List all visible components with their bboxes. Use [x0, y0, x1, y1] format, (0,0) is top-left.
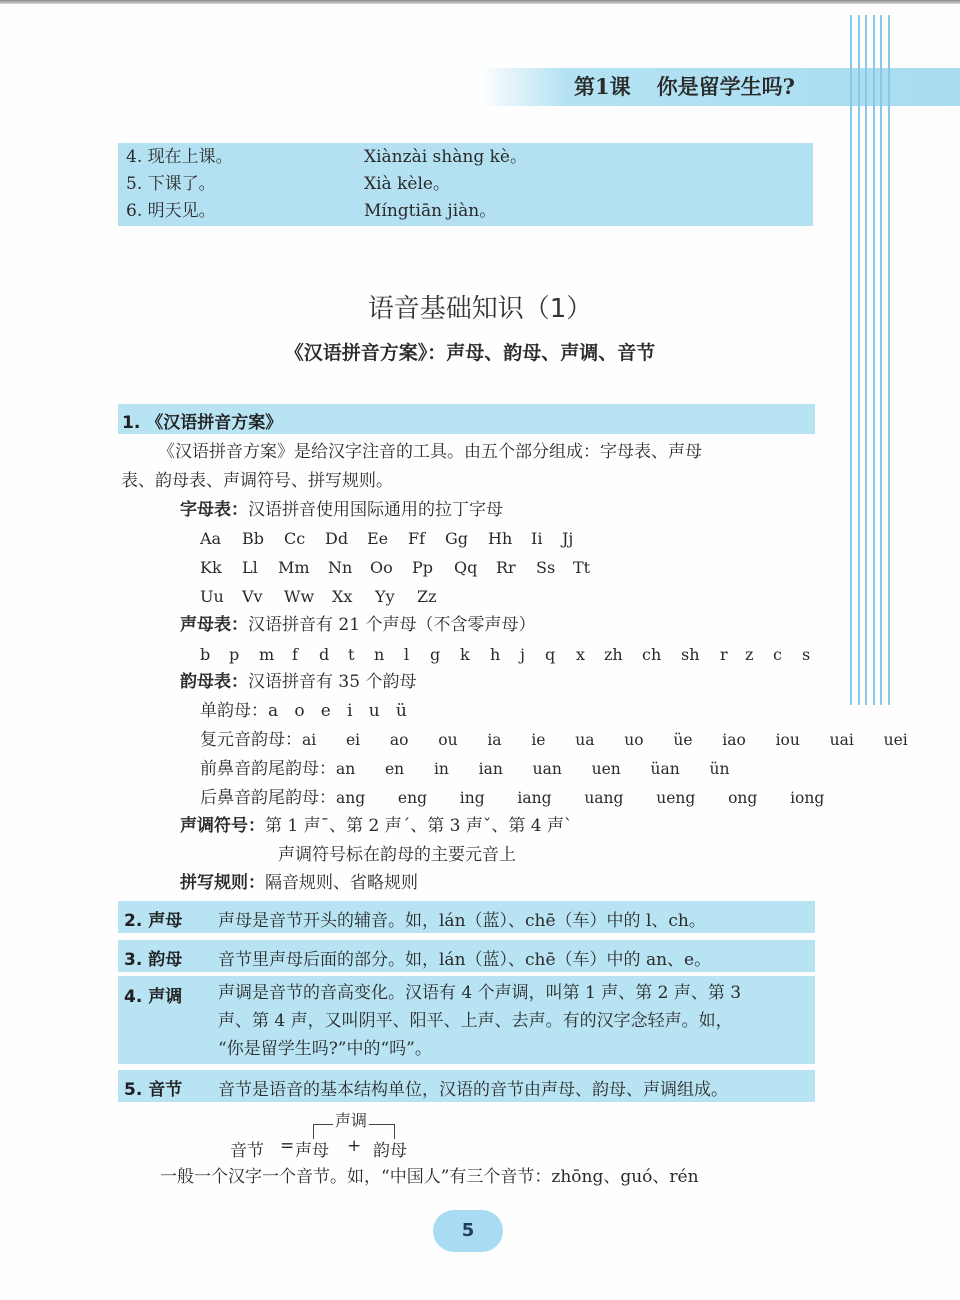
initial: c: [773, 645, 782, 664]
letter: Nn: [328, 558, 352, 577]
initial: n: [374, 645, 384, 664]
letter: Oo: [370, 558, 393, 577]
finals-group-name: 前鼻音韵尾韵母：: [200, 759, 336, 779]
letter: Jj: [562, 529, 573, 548]
initials-list: b p m f d t n l g k h j q x zh ch sh r z…: [200, 645, 820, 667]
initial: s: [802, 645, 810, 664]
phrase-chinese: 6. 明天见。: [126, 198, 216, 225]
initial: sh: [681, 645, 700, 664]
phrase-pinyin: Xià kèle。: [364, 171, 450, 198]
initials-line: 声母表：汉语拼音有 21 个声母（不含零声母）: [180, 611, 535, 639]
finals-group-name: 后鼻音韵尾韵母：: [200, 788, 336, 808]
section-4-bar: 4. 声调 声调是音节的音高变化。汉语有 4 个声调，叫第 1 声、第 2 声、…: [118, 976, 815, 1064]
letter: Hh: [488, 529, 512, 548]
alphabet-text: 汉语拼音使用国际通用的拉丁字母: [248, 500, 503, 520]
initial: g: [430, 645, 440, 664]
letter: Rr: [496, 558, 516, 577]
initial: b: [200, 645, 210, 664]
initial: r: [720, 645, 728, 664]
letter: Kk: [200, 558, 222, 577]
letter: Qq: [454, 558, 477, 577]
letter: Gg: [445, 529, 468, 548]
initial: m: [259, 645, 274, 664]
finals-back-nasal: 后鼻音韵尾韵母：ang eng ing iang uang ueng ong i…: [200, 784, 824, 812]
lesson-number: 第1课: [574, 74, 631, 99]
initial: d: [319, 645, 329, 664]
finals-group-name: 单韵母：: [200, 701, 268, 721]
initial: z: [745, 645, 753, 664]
initial: p: [229, 645, 239, 664]
finals-front-nasal: 前鼻音韵尾韵母：an en in ian uan uen üan ün: [200, 755, 729, 783]
formula-final: 韵母: [373, 1136, 407, 1161]
phrase-chinese: 4. 现在上课。: [126, 144, 233, 171]
initial: t: [348, 645, 354, 664]
formula-equals: =: [280, 1136, 294, 1156]
initials-label: 声母表：: [180, 615, 248, 635]
letter: Aa: [200, 529, 221, 548]
page-top-edge: [0, 0, 960, 4]
letter: Ff: [408, 529, 425, 548]
section-1-intro-cont: 表、韵母表、声调符号、拼写规则。: [121, 467, 393, 495]
section-4-heading: 4. 声调: [124, 982, 182, 1007]
initial: l: [404, 645, 409, 664]
formula-plus: +: [347, 1136, 361, 1156]
letter: Cc: [284, 529, 305, 548]
initial: ch: [642, 645, 661, 664]
alphabet-label: 字母表：: [180, 500, 248, 520]
letter: Vv: [242, 587, 263, 606]
alphabet-line: 字母表：汉语拼音使用国际通用的拉丁字母: [180, 496, 503, 524]
tones-label: 声调符号：: [180, 816, 265, 836]
phrase-pinyin: Xiànzài shàng kè。: [364, 144, 527, 171]
section-4-line-2: 声、第 4 声，又叫阴平、阳平、上声、去声。有的汉字念轻声。如，: [218, 1007, 733, 1035]
section-5-text: 音节是语音的基本结构单位，汉语的音节由声母、韵母、声调组成。: [218, 1075, 728, 1100]
finals-group-name: 复元音韵母：: [200, 730, 302, 750]
letter: Zz: [417, 587, 437, 606]
section-3-text: 音节里声母后面的部分。如，lán（蓝）、chē（车）中的 an、e。: [218, 945, 711, 970]
initial: k: [460, 645, 470, 664]
section-1-header-bar: 1. 《汉语拼音方案》: [118, 404, 815, 434]
letter: Yy: [375, 587, 395, 606]
tones-line: 声调符号：第 1 声ˉ、第 2 声ˊ、第 3 声ˇ、第 4 声ˋ: [180, 812, 573, 840]
letter: Ss: [536, 558, 555, 577]
finals-text: 汉语拼音有 35 个韵母: [248, 672, 416, 692]
phrase-box: 4. 现在上课。 Xiànzài shàng kè。 5. 下课了。 Xià k…: [118, 143, 813, 226]
letter: Mm: [278, 558, 310, 577]
tones-note: 声调符号标在韵母的主要元音上: [278, 841, 516, 869]
letter: Pp: [412, 558, 433, 577]
alphabet-row-1: Aa Bb Cc Dd Ee Ff Gg Hh Ii Jj: [200, 529, 800, 551]
section-2-bar: 2. 声母 声母是音节开头的辅音。如，lán（蓝）、chē（车）中的 l、ch。: [118, 901, 815, 933]
finals-group-items: ang eng ing iang uang ueng ong iong: [336, 789, 824, 807]
letter: Dd: [325, 529, 348, 548]
letter: Ll: [242, 558, 258, 577]
finals-group-items: a o e i u ü: [268, 701, 407, 721]
letter: Uu: [200, 587, 224, 606]
section-3-heading: 3. 韵母: [124, 945, 182, 970]
phrase-pinyin: Míngtiān jiàn。: [364, 198, 496, 225]
initial: f: [292, 645, 298, 664]
initial: j: [520, 645, 525, 664]
alphabet-row-3: Uu Vv Ww Xx Yy Zz: [200, 587, 800, 609]
letter: Ee: [367, 529, 388, 548]
spelling-line: 拼写规则：隔音规则、省略规则: [180, 869, 418, 897]
section-1-intro: 《汉语拼音方案》是给汉字注音的工具。由五个部分组成：字母表、声母: [158, 438, 702, 466]
letter: Ii: [531, 529, 542, 548]
initial: h: [490, 645, 500, 664]
letter: Xx: [332, 587, 352, 606]
finals-simple: 单韵母：a o e i u ü: [200, 697, 407, 725]
syllable-example: 一般一个汉字一个音节。如，“中国人”有三个音节：zhōng、guó、rén: [160, 1163, 699, 1191]
initial: zh: [604, 645, 623, 664]
phrase-chinese: 5. 下课了。: [126, 171, 216, 198]
section-5-bar: 5. 音节 音节是语音的基本结构单位，汉语的音节由声母、韵母、声调组成。: [118, 1070, 815, 1102]
letter: Bb: [242, 529, 264, 548]
finals-line: 韵母表：汉语拼音有 35 个韵母: [180, 668, 416, 696]
letter: Ww: [284, 587, 314, 606]
letter: Tt: [573, 558, 590, 577]
formula-tone-label: 声调: [333, 1108, 369, 1131]
finals-compound: 复元音韵母：ai ei ao ou ia ie ua uo üe iao iou…: [200, 726, 908, 754]
section-2-text: 声母是音节开头的辅音。如，lán（蓝）、chē（车）中的 l、ch。: [218, 906, 706, 931]
main-title: 语音基础知识（1）: [0, 288, 960, 325]
formula-syllable: 音节: [230, 1136, 264, 1161]
lesson-header: 第1课你是留学生吗?: [574, 70, 795, 104]
section-1-heading: 1. 《汉语拼音方案》: [122, 408, 282, 433]
section-4-line-1: 声调是音节的音高变化。汉语有 4 个声调，叫第 1 声、第 2 声、第 3: [218, 979, 741, 1007]
section-3-bar: 3. 韵母 音节里声母后面的部分。如，lán（蓝）、chē（车）中的 an、e。: [118, 940, 815, 972]
sub-title: 《汉语拼音方案》：声母、韵母、声调、音节: [0, 338, 940, 365]
finals-group-items: ai ei ao ou ia ie ua uo üe iao iou uai u…: [302, 731, 908, 749]
initial: x: [576, 645, 585, 664]
finals-label: 韵母表：: [180, 672, 248, 692]
page-number: 5: [433, 1210, 503, 1252]
spelling-label: 拼写规则：: [180, 873, 265, 893]
tones-text: 第 1 声ˉ、第 2 声ˊ、第 3 声ˇ、第 4 声ˋ: [265, 816, 573, 836]
section-4-line-3: “你是留学生吗?”中的“吗”。: [218, 1035, 432, 1063]
finals-group-items: an en in ian uan uen üan ün: [336, 760, 729, 778]
initial: q: [545, 645, 555, 664]
section-5-heading: 5. 音节: [124, 1075, 182, 1100]
alphabet-row-2: Kk Ll Mm Nn Oo Pp Qq Rr Ss Tt: [200, 558, 800, 580]
section-2-heading: 2. 声母: [124, 906, 182, 931]
lesson-title: 你是留学生吗?: [657, 74, 795, 99]
spelling-text: 隔音规则、省略规则: [265, 873, 418, 893]
formula-initial: 声母: [295, 1136, 329, 1161]
initials-text: 汉语拼音有 21 个声母（不含零声母）: [248, 615, 535, 635]
